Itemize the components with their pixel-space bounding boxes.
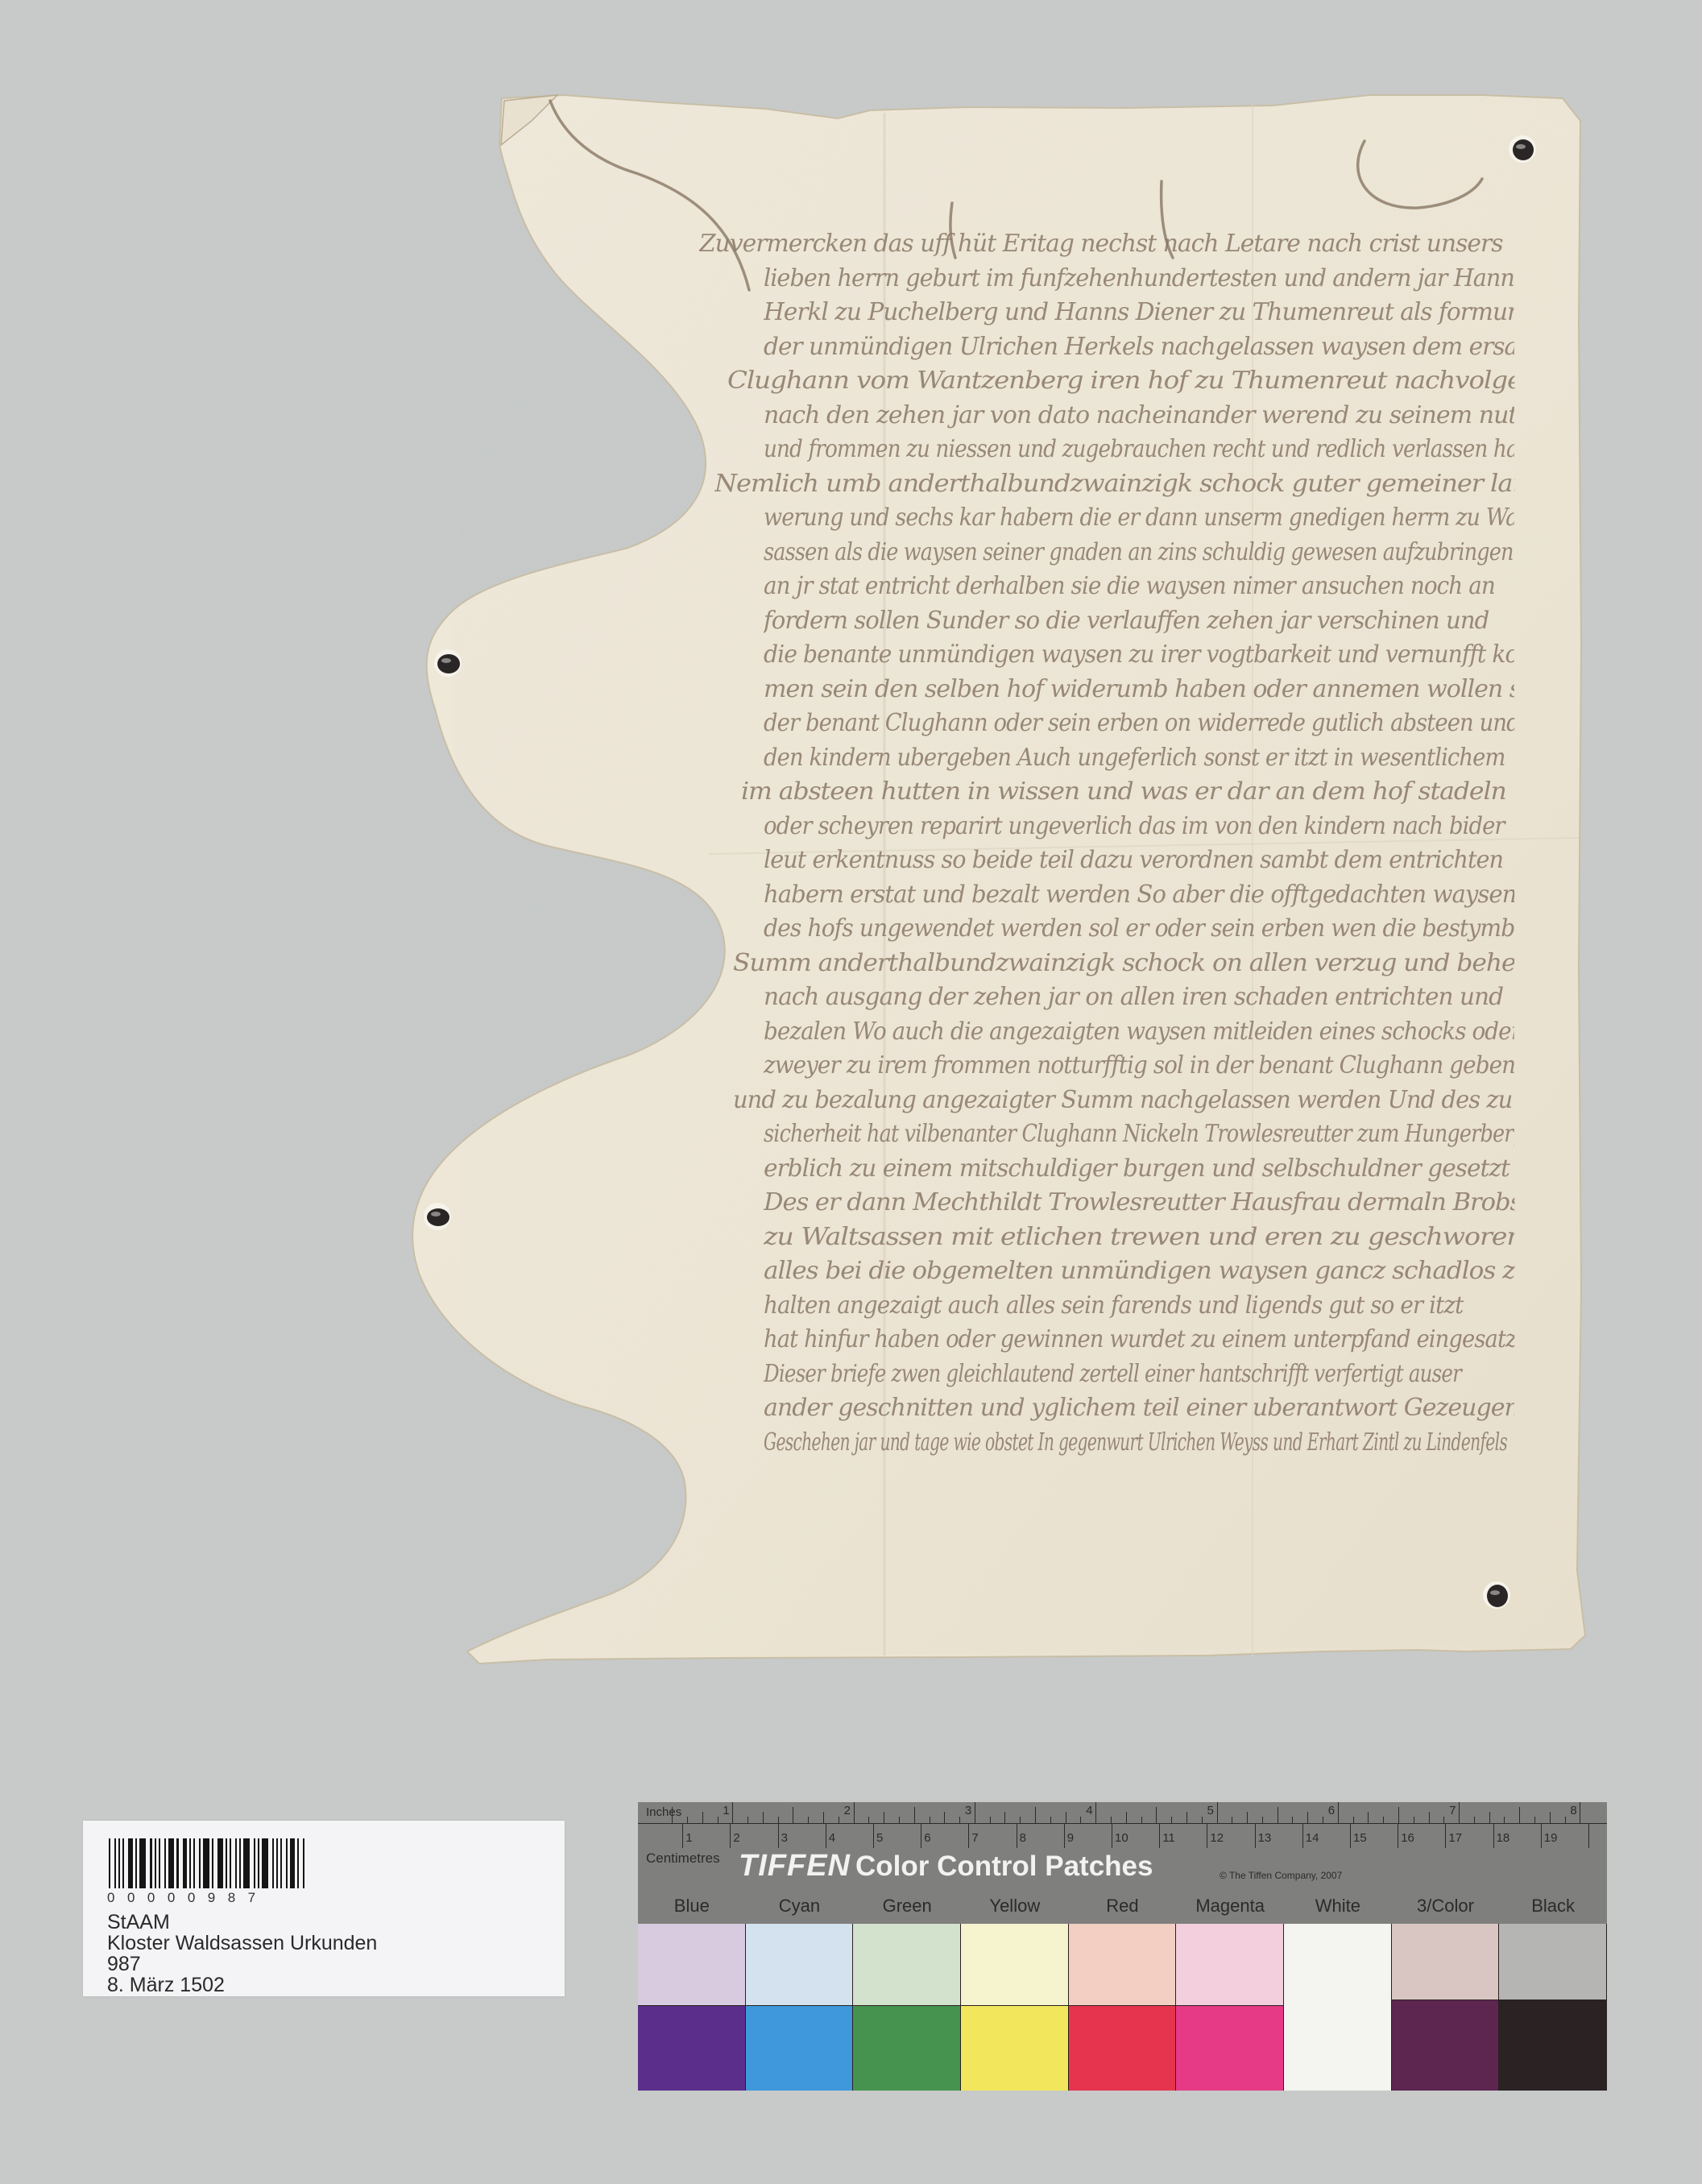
inches-label: Inches [646,1805,681,1819]
ruler-tick [732,1802,733,1823]
handwritten-line: Nemlich umb anderthalbundzwainzigk schoc… [714,470,1514,498]
color-patch-dark [746,2006,854,2091]
handwritten-line: Zuvermercken das uff hüt Eritag nechst n… [699,230,1514,258]
ruler-tick [1217,1802,1218,1823]
ruler-tick [1004,1812,1005,1823]
ruler-tick [1307,1812,1308,1823]
ruler-tick [1247,1812,1248,1823]
patch-label: Black [1499,1896,1607,1917]
color-patch-light [1499,1924,1607,2000]
cm-mark-label: 14 [1306,1831,1319,1845]
handwritten-line: die benante unmündigen waysen zu irer vo… [764,640,1514,669]
ruler-tick [763,1812,764,1823]
pin-icon [1509,135,1536,163]
color-patch-light [1069,1924,1177,2006]
cm-mark-label: 18 [1497,1831,1510,1845]
barcode-bar [168,1838,174,1888]
ruler-tick [682,1824,683,1848]
ruler-tick [1112,1824,1112,1848]
ruler-tick [930,1817,930,1823]
ruler-tick [1398,1807,1399,1823]
ruler-tick [1141,1817,1142,1823]
chart-title: Color Control Patches [855,1850,1153,1883]
chart-header: Inches 123456781234567891011121314151617… [638,1802,1607,1924]
ruler-tick [1080,1817,1081,1823]
barcode-bar [303,1838,304,1888]
ruler-tick [718,1817,718,1823]
patch-label: Cyan [746,1896,854,1917]
ruler-divider [638,1823,1607,1824]
ruler-tick [1171,1817,1172,1823]
ruler-tick [826,1824,826,1848]
handwritten-line: an jr stat entricht derhalben sie die wa… [764,572,1514,600]
handwritten-line: nach den zehen jar von dato nacheinander… [764,401,1514,429]
ruler-tick [747,1817,748,1823]
ruler-tick [672,1807,673,1823]
barcode-bar [230,1838,231,1888]
color-patch-dark [1176,2006,1284,2091]
tiffen-logo: TIFFEN [739,1849,851,1884]
handwritten-line: lieben herrn geburt im funfzehenhunderte… [764,264,1514,292]
ruler-tick [1064,1824,1065,1848]
inch-mark-label: 4 [1086,1804,1092,1817]
barcode-bar [212,1838,213,1888]
cm-mark-label: 13 [1258,1831,1272,1845]
handwritten-line: Geschehen jar und tage wie obstet In geg… [764,1428,1514,1457]
barcode-bar [254,1838,255,1888]
handwritten-line: fordern sollen Sunder so die verlauffen … [764,607,1514,635]
ruler-tick [1504,1817,1505,1823]
ruler-tick [868,1817,869,1823]
inch-mark-label: 1 [723,1804,729,1817]
barcode-bar [286,1838,288,1888]
ruler-tick [1368,1812,1369,1823]
ruler-tick [1350,1824,1351,1848]
handwritten-line: habern erstat und bezalt werden So aber … [764,881,1514,909]
ruler-tick [1255,1824,1256,1848]
archive-label: 00000987 StAAM Kloster Waldsassen Urkund… [83,1821,565,1996]
ruler-tick [1278,1807,1278,1823]
color-patch-light [1284,1924,1392,2091]
ruler-tick [793,1807,793,1823]
barcode-bar [297,1838,299,1888]
ruler-tick [1429,1812,1430,1823]
inch-mark-label: 8 [1570,1804,1576,1817]
patch-label: Blue [638,1896,746,1917]
handwritten-line: erblich zu einem mitschuldiger burgen un… [764,1154,1514,1183]
barcode-bar [109,1838,110,1888]
barcode-bar [239,1838,241,1888]
barcode-bar [176,1838,179,1888]
color-patch-light [746,1924,854,2006]
ruler-tick [730,1824,731,1848]
barcode-bar [272,1838,274,1888]
label-number: 987 [107,1953,141,1976]
ruler-tick [1126,1812,1127,1823]
ruler-tick [975,1802,975,1823]
ruler-tick [687,1817,688,1823]
cm-mark-label: 12 [1210,1831,1224,1845]
barcode-bar [114,1838,116,1888]
barcode-bar [280,1838,282,1888]
cm-mark-label: 19 [1544,1831,1558,1845]
cm-mark-label: 2 [733,1831,739,1845]
handwritten-line: Dieser briefe zwen gleichlautend zertell… [764,1360,1515,1388]
color-patch-dark [638,2006,746,2091]
barcode-bar [290,1838,295,1888]
ruler-tick [1443,1817,1444,1823]
ruler-tick [1159,1824,1160,1848]
barcode-bar [276,1838,278,1888]
color-patch-light [1176,1924,1284,2006]
handwritten-line: halten angezaigt auch alles sein farends… [764,1291,1514,1320]
barcode-bar [183,1838,187,1888]
inch-mark-label: 2 [844,1804,851,1817]
pin-icon [434,649,462,677]
handwritten-line: oder scheyren reparirt ungeverlich das i… [764,812,1514,840]
handwritten-line: zweyer zu irem frommen notturfftig sol i… [764,1051,1514,1080]
color-control-chart: Inches 123456781234567891011121314151617… [638,1802,1607,2091]
handwritten-line: men sein den selben hof widerumb haben o… [764,675,1514,703]
color-patch-light [1392,1924,1500,2000]
handwritten-line: und zu bezalung angezaigter Summ nachgel… [733,1086,1514,1114]
ruler-tick [1565,1817,1566,1823]
color-patch-dark [853,2006,961,2091]
label-collection: Kloster Waldsassen Urkunden [107,1932,377,1955]
barcode-bar [193,1838,195,1888]
label-date: 8. März 1502 [107,1974,225,1997]
patch-label: Green [853,1896,961,1917]
ruler-tick [702,1812,703,1823]
barcode-bar [258,1838,259,1888]
cm-mark-label: 4 [829,1831,835,1845]
cm-mark-label: 1 [685,1831,692,1845]
handwritten-line: im absteen hutten in wissen und was er d… [741,777,1514,806]
ruler-tick [1541,1824,1542,1848]
ruler-tick [1202,1817,1203,1823]
ruler-tick [1519,1807,1520,1823]
ruler-tick [1156,1807,1157,1823]
ruler-tick [1445,1824,1446,1848]
ruler-tick [1459,1802,1460,1823]
patch-label: White [1284,1896,1392,1917]
handwritten-line: alles bei die obgemelten unmündigen ways… [764,1257,1514,1285]
inch-mark-label: 6 [1328,1804,1335,1817]
ruler-tick [968,1824,969,1848]
ruler-tick [1302,1824,1303,1848]
pin-icon [1483,1581,1510,1609]
ruler-tick [808,1817,809,1823]
barcode-bar [159,1838,160,1888]
ruler-tick [1323,1817,1323,1823]
handwritten-line: der unmündigen Ulrichen Herkels nachgela… [764,333,1514,361]
handwritten-line: leut erkentnuss so beide teil dazu veror… [764,846,1514,874]
ruler-tick [1066,1812,1066,1823]
barcode-bar [139,1838,146,1888]
barcode-bar [164,1838,166,1888]
cm-mark-label: 6 [924,1831,930,1845]
ruler-tick [990,1817,991,1823]
ruler-tick [1020,1817,1021,1823]
cm-mark-label: 8 [1020,1831,1026,1845]
handwritten-line: hat hinfur haben oder gewinnen wurdet zu… [764,1325,1514,1353]
ruler-tick [1035,1807,1036,1823]
handwritten-line: bezalen Wo auch die angezaigten waysen m… [764,1017,1514,1046]
barcode-bar [189,1838,191,1888]
handwritten-line: der benant Clughann oder sein erben on w… [764,709,1514,737]
cm-mark-label: 7 [971,1831,978,1845]
ruler-tick [944,1812,945,1823]
barcode-bar [199,1838,201,1888]
ruler-tick [854,1802,855,1823]
cm-mark-label: 15 [1353,1831,1367,1845]
ruler-tick [1353,1817,1354,1823]
handwritten-line: Herkl zu Puchelberg und Hanns Diener zu … [764,298,1514,326]
barcode-bar [262,1838,268,1888]
color-patch-dark [1069,2006,1177,2091]
barcode-digits: 00000987 [107,1890,268,1906]
patch-label: 3/Color [1392,1896,1500,1917]
barcode-bar [135,1838,137,1888]
ruler-tick [1207,1824,1207,1848]
ruler-tick [873,1824,874,1848]
inch-mark-label: 7 [1449,1804,1456,1817]
barcode [109,1838,307,1888]
ruler-tick [1580,1802,1580,1823]
barcode-bar [226,1838,227,1888]
barcode-bar [217,1838,223,1888]
ruler-tick [914,1807,915,1823]
ruler-tick [1338,1802,1339,1823]
patch-label: Red [1069,1896,1177,1917]
ruler-tick [1292,1817,1293,1823]
barcode-bar [128,1838,133,1888]
patch-label: Magenta [1176,1896,1284,1917]
pin-icon [424,1203,451,1230]
ruler-tick [778,1824,779,1848]
cm-mark-label: 11 [1162,1831,1175,1845]
color-patch-light [853,1924,961,2006]
ruler-tick [1111,1817,1112,1823]
centimetres-label: Centimetres [646,1850,720,1867]
barcode-bar [243,1838,250,1888]
cm-mark-label: 9 [1067,1831,1074,1845]
color-patch-dark [1392,2000,1500,2091]
ruler-tick [1232,1817,1232,1823]
ruler-tick [884,1812,884,1823]
handwritten-line: und frommen zu niessen und zugebrauchen … [764,435,1514,463]
handwritten-line: sicherheit hat vilbenanter Clughann Nick… [764,1120,1514,1148]
ruler-tick [1489,1812,1490,1823]
ruler-tick [839,1817,839,1823]
barcode-bar [150,1838,152,1888]
cm-mark-label: 10 [1115,1831,1128,1845]
ruler-tick [1186,1812,1187,1823]
ruler-tick [823,1812,824,1823]
ruler-tick [1534,1817,1535,1823]
inch-mark-label: 3 [965,1804,971,1817]
handwritten-line: sassen als die waysen seiner gnaden an z… [764,538,1514,566]
barcode-bar [122,1838,124,1888]
handwritten-line: werung und sechs kar habern die er dann … [764,504,1514,532]
handwritten-line: Summ anderthalbundzwainzigk schock on al… [733,949,1514,977]
handwritten-line: ander geschnitten und yglichem teil eine… [764,1394,1514,1422]
ruler-tick [899,1817,900,1823]
ruler-tick [1383,1817,1384,1823]
ruler-tick [1050,1817,1051,1823]
barcode-bar [155,1838,156,1888]
inch-mark-label: 5 [1207,1804,1214,1817]
ruler-tick [1474,1817,1475,1823]
ruler-tick [959,1817,960,1823]
cm-mark-label: 16 [1401,1831,1414,1845]
handwritten-line: Clughann vom Wantzenberg iren hof zu Thu… [727,367,1514,395]
color-patch-light [638,1924,746,2006]
ruler-tick [1398,1824,1398,1848]
ruler-tick [1493,1824,1494,1848]
ruler-tick [921,1824,921,1848]
color-patch-dark [1499,2000,1607,2091]
barcode-bar [118,1838,120,1888]
handwritten-line: des hofs ungewendet werden sol er oder s… [764,914,1514,943]
ruler-tick [1262,1817,1263,1823]
handwritten-line: Des er dann Mechthildt Trowlesreutter Ha… [764,1188,1514,1216]
cm-mark-label: 17 [1448,1831,1462,1845]
ruler-tick [1550,1812,1551,1823]
cm-mark-label: 5 [876,1831,883,1845]
label-institution: StAAM [107,1911,170,1934]
ruler-tick [1414,1817,1414,1823]
patch-label: Yellow [961,1896,1069,1917]
handwritten-line: den kindern ubergeben Auch ungeferlich s… [764,744,1514,772]
color-patch-light [961,1924,1069,2006]
color-patch-dark [961,2006,1069,2091]
copyright-text: © The Tiffen Company, 2007 [1220,1870,1342,1881]
ruler-tick [1017,1824,1017,1848]
handwritten-line: zu Waltsassen mit etlichen trewen und er… [764,1223,1514,1251]
ruler-tick [1588,1824,1589,1848]
barcode-bar [203,1838,209,1888]
ruler-tick [1095,1802,1096,1823]
cm-mark-label: 3 [781,1831,788,1845]
ruler-tick [778,1817,779,1823]
handwritten-line: nach ausgang der zehen jar on allen iren… [764,983,1514,1011]
barcode-bar [235,1838,237,1888]
